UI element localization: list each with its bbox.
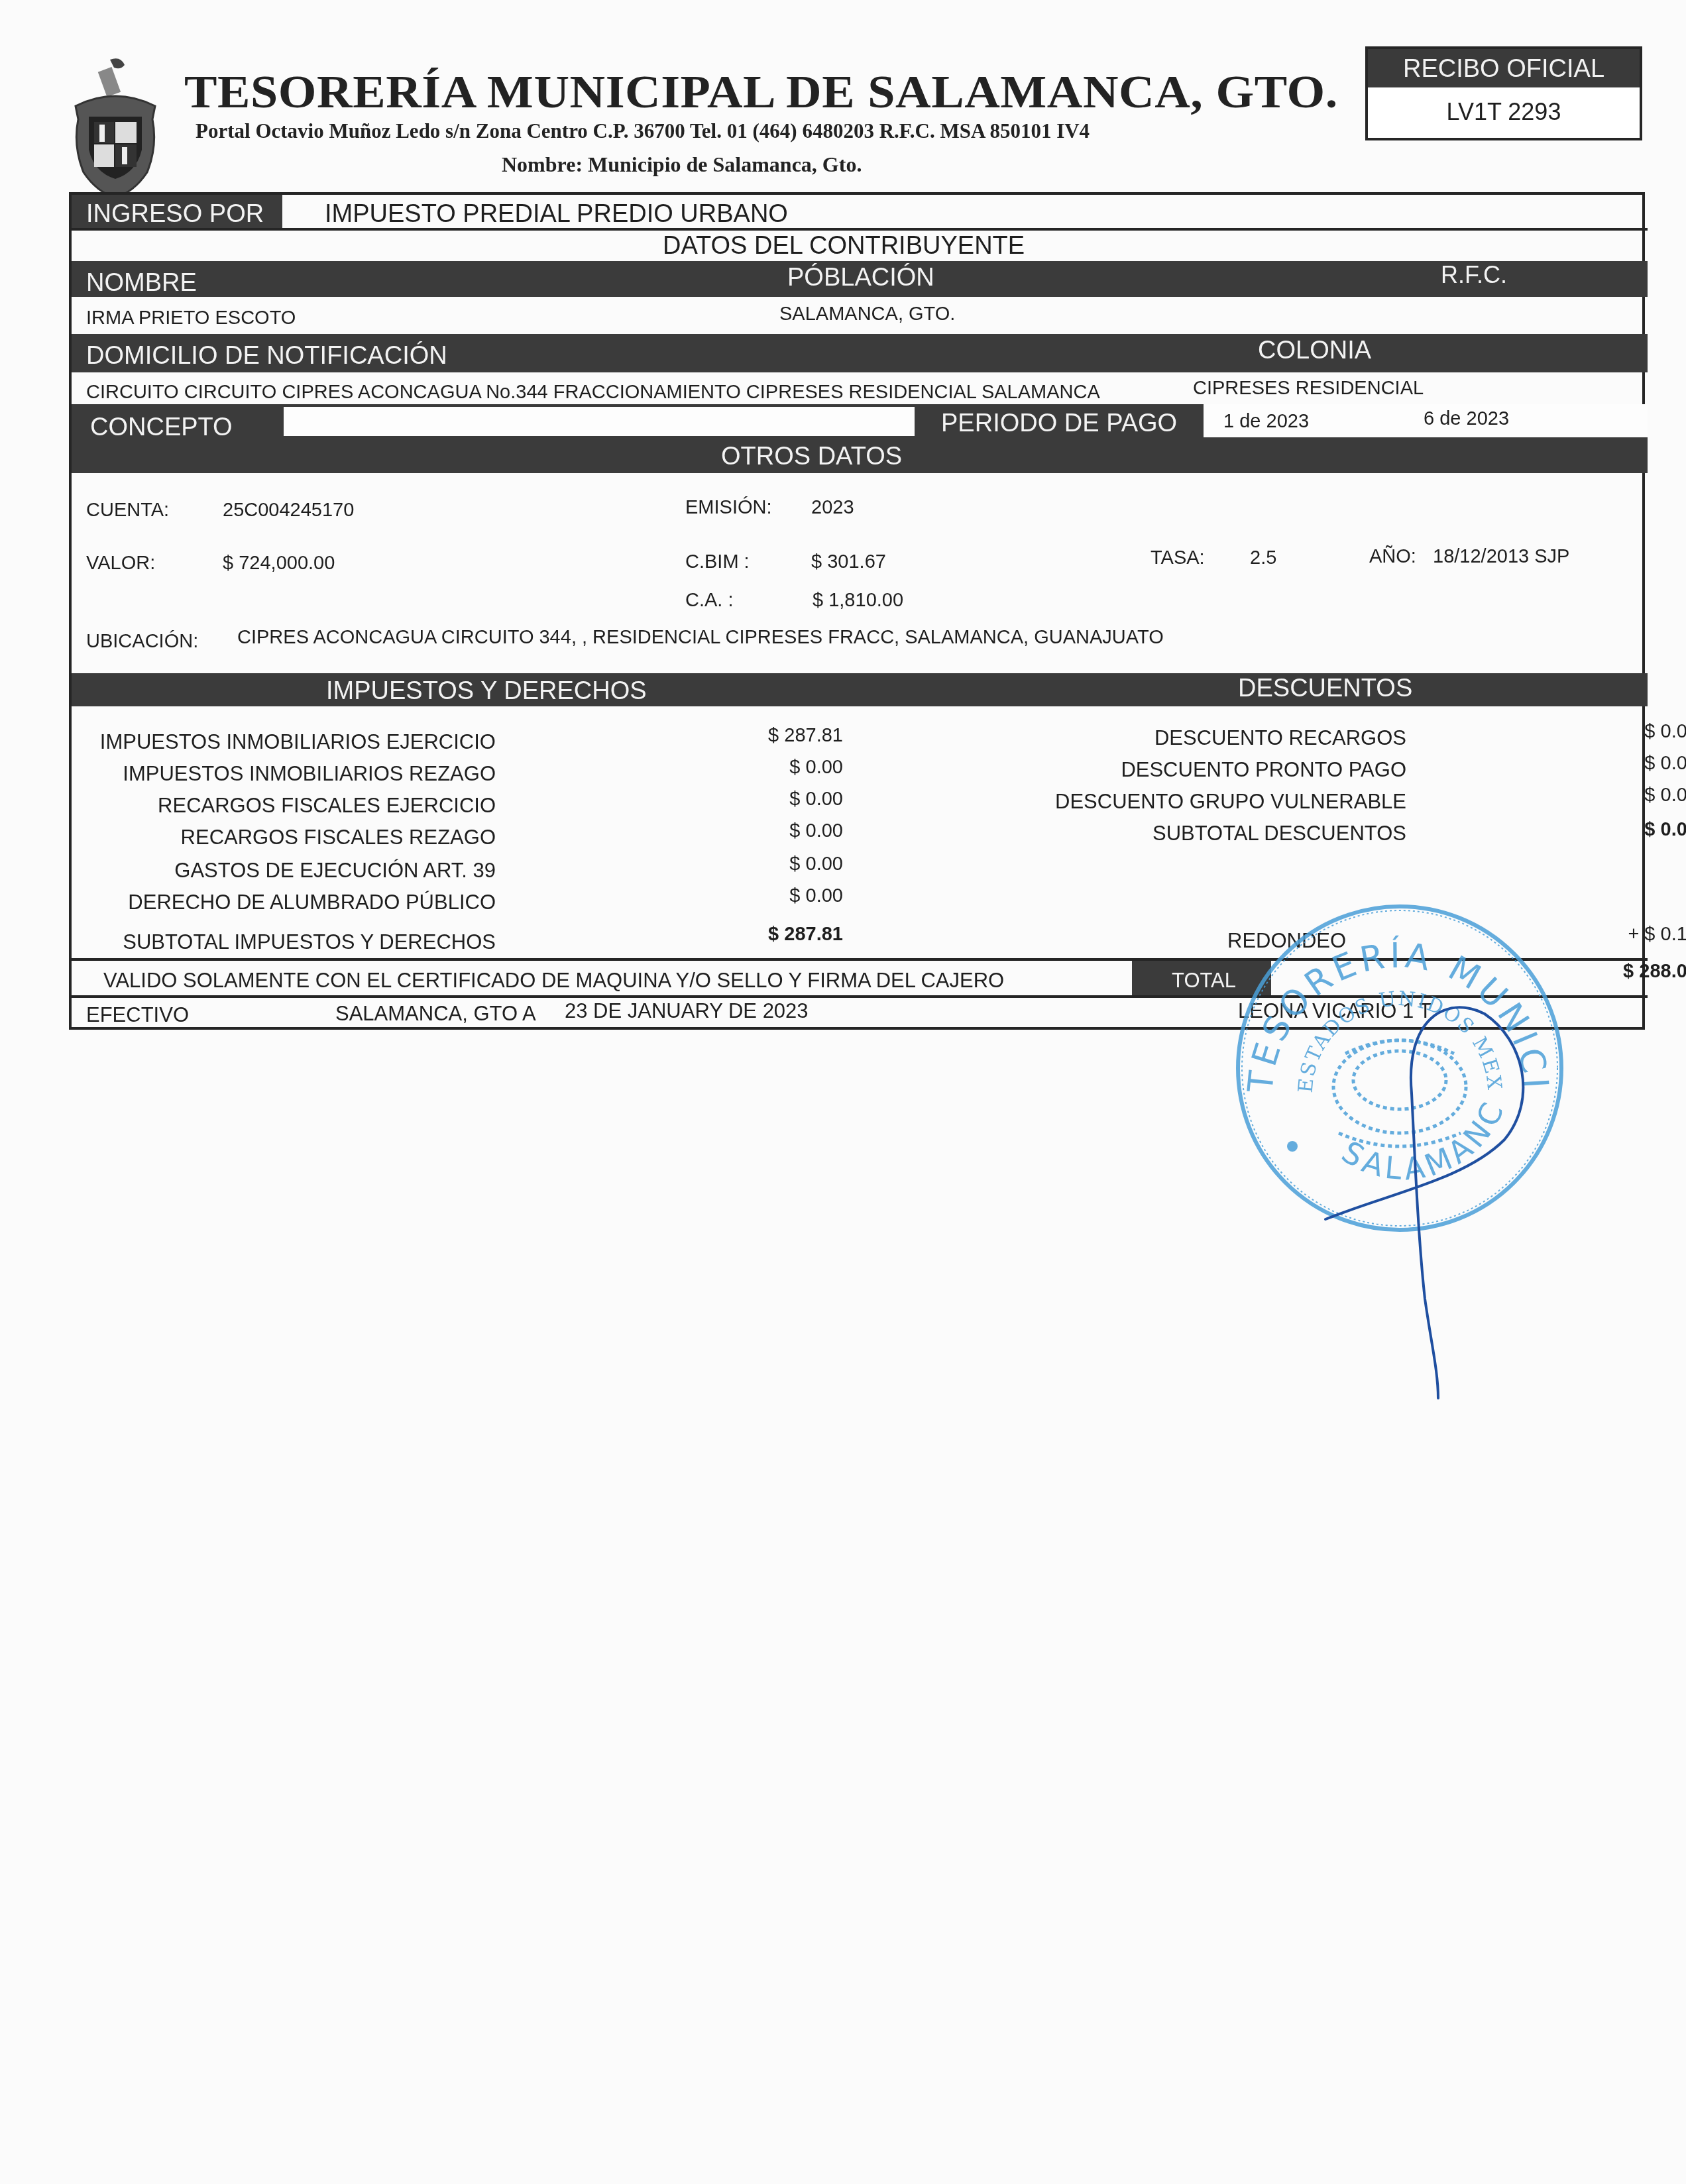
- domicilio-value: CIRCUITO CIRCUITO CIPRES ACONCAGUA No.34…: [86, 382, 1100, 404]
- descuentos-subtotal-value: $ 0.00: [1463, 819, 1686, 841]
- valor-value: $ 724,000.00: [223, 553, 335, 574]
- cashier-signature-icon: [1246, 941, 1551, 1405]
- ca-value: $ 1,810.00: [813, 590, 903, 612]
- poblacion-label: PÓBLACIÓN: [787, 264, 934, 292]
- colonia-value: CIPRESES RESIDENCIAL: [1193, 378, 1424, 400]
- ingreso-label-cell: INGRESO POR: [72, 195, 282, 229]
- cuenta-label: CUENTA:: [86, 500, 169, 521]
- descuento-item-amount: $ 0.00: [1463, 785, 1686, 806]
- impuesto-item-amount: $ 0.00: [668, 820, 843, 842]
- tasa-label: TASA:: [1151, 547, 1205, 569]
- impuesto-item-amount: $ 0.00: [668, 789, 843, 810]
- rfc-label: R.F.C.: [1441, 261, 1507, 289]
- impuesto-item-label: RECARGOS FISCALES EJERCICIO: [72, 794, 496, 818]
- poblacion-value: SALAMANCA, GTO.: [779, 303, 955, 325]
- impuesto-item-amount: $ 0.00: [668, 853, 843, 875]
- anio-value: 18/12/2013 SJP: [1433, 546, 1569, 568]
- cuenta-value: 25C004245170: [223, 500, 354, 521]
- impuestos-subtotal-label: SUBTOTAL IMPUESTOS Y DERECHOS: [72, 930, 496, 954]
- impuesto-item-label: IMPUESTOS INMOBILIARIOS REZAGO: [72, 762, 496, 786]
- nombre-label: NOMBRE: [86, 269, 197, 298]
- forma-pago: EFECTIVO: [86, 1003, 189, 1027]
- descuento-item-amount: $ 0.00: [1463, 753, 1686, 775]
- valor-label: VALOR:: [86, 553, 155, 574]
- descuentos-section-title: DESCUENTOS: [1238, 675, 1412, 703]
- impuesto-item-label: GASTOS DE EJECUCIÓN ART. 39: [72, 859, 496, 883]
- tasa-value: 2.5: [1250, 547, 1276, 569]
- impuesto-item-label: RECARGOS FISCALES REZAGO: [72, 826, 496, 849]
- domicilio-header-bar: DOMICILIO DE NOTIFICACIÓN COLONIA: [72, 334, 1648, 372]
- cbim-label: C.BIM :: [685, 551, 750, 573]
- emision-value: 2023: [811, 497, 854, 519]
- organization-title: TESORERÍA MUNICIPAL DE SALAMANCA, GTO.: [184, 66, 1338, 119]
- ingreso-label: INGRESO POR: [86, 200, 264, 229]
- ingreso-value: IMPUESTO PREDIAL PREDIO URBANO: [325, 200, 788, 229]
- descuento-item-label: DESCUENTO RECARGOS: [933, 726, 1406, 750]
- otros-datos-title: OTROS DATOS: [721, 443, 902, 471]
- organization-address: Portal Octavio Muñoz Ledo s/n Zona Centr…: [196, 119, 1090, 143]
- concepto-field: [284, 407, 915, 436]
- descuento-item-amount: $ 0.00: [1463, 721, 1686, 743]
- fecha-expedicion: 23 DE JANUARY DE 2023: [565, 999, 809, 1023]
- descuento-item-label: DESCUENTO PRONTO PAGO: [933, 758, 1406, 782]
- contribuyente-header-bar: NOMBRE PÓBLACIÓN R.F.C.: [72, 261, 1648, 297]
- cbim-value: $ 301.67: [811, 551, 886, 573]
- receipt-number: LV1T 2293: [1368, 87, 1640, 138]
- official-receipt-label: RECIBO OFICIAL: [1368, 49, 1640, 87]
- ubicacion-label: UBICACIÓN:: [86, 631, 198, 653]
- ca-label: C.A. :: [685, 590, 734, 612]
- emision-label: EMISIÓN:: [685, 497, 772, 519]
- impuesto-item-label: IMPUESTOS INMOBILIARIOS EJERCICIO: [72, 730, 496, 754]
- concepto-periodo-bar: CONCEPTO PERIODO DE PAGO 1 de 2023 6 de …: [72, 404, 1648, 473]
- nombre-value: IRMA PRIETO ESCOTO: [86, 307, 296, 329]
- periodo-hasta: 6 de 2023: [1424, 408, 1509, 430]
- contribuyente-section-title: DATOS DEL CONTRIBUYENTE: [663, 232, 1025, 260]
- lugar-expedicion: SALAMANCA, GTO A: [335, 1002, 536, 1026]
- impuesto-item-label: DERECHO DE ALUMBRADO PÚBLICO: [72, 891, 496, 914]
- periodo-label: PERIODO DE PAGO: [941, 409, 1177, 438]
- descuento-item-label: DESCUENTO GRUPO VULNERABLE: [933, 790, 1406, 814]
- ubicacion-value: CIPRES ACONCAGUA CIRCUITO 344, , RESIDEN…: [237, 627, 1164, 649]
- official-receipt-box: RECIBO OFICIAL LV1T 2293: [1365, 46, 1642, 140]
- validez-note: VALIDO SOLAMENTE CON EL CERTIFICADO DE M…: [103, 969, 1004, 993]
- impuestos-descuentos-bar: IMPUESTOS Y DERECHOS DESCUENTOS: [72, 673, 1648, 706]
- colonia-label: COLONIA: [1258, 337, 1371, 365]
- concepto-label: CONCEPTO: [90, 413, 233, 442]
- impuesto-item-amount: $ 287.81: [668, 725, 843, 747]
- municipal-coat-of-arms-icon: [69, 53, 162, 199]
- impuestos-subtotal-value: $ 287.81: [668, 924, 843, 946]
- anio-label: AÑO:: [1369, 546, 1416, 568]
- impuesto-item-amount: $ 0.00: [668, 885, 843, 907]
- descuentos-subtotal-label: SUBTOTAL DESCUENTOS: [933, 822, 1406, 846]
- periodo-field: 1 de 2023 6 de 2023: [1204, 404, 1648, 437]
- periodo-desde: 1 de 2023: [1223, 411, 1309, 433]
- impuesto-item-amount: $ 0.00: [668, 757, 843, 779]
- impuestos-section-title: IMPUESTOS Y DERECHOS: [326, 677, 647, 706]
- organization-name: Nombre: Municipio de Salamanca, Gto.: [502, 152, 862, 177]
- domicilio-label: DOMICILIO DE NOTIFICACIÓN: [86, 342, 447, 370]
